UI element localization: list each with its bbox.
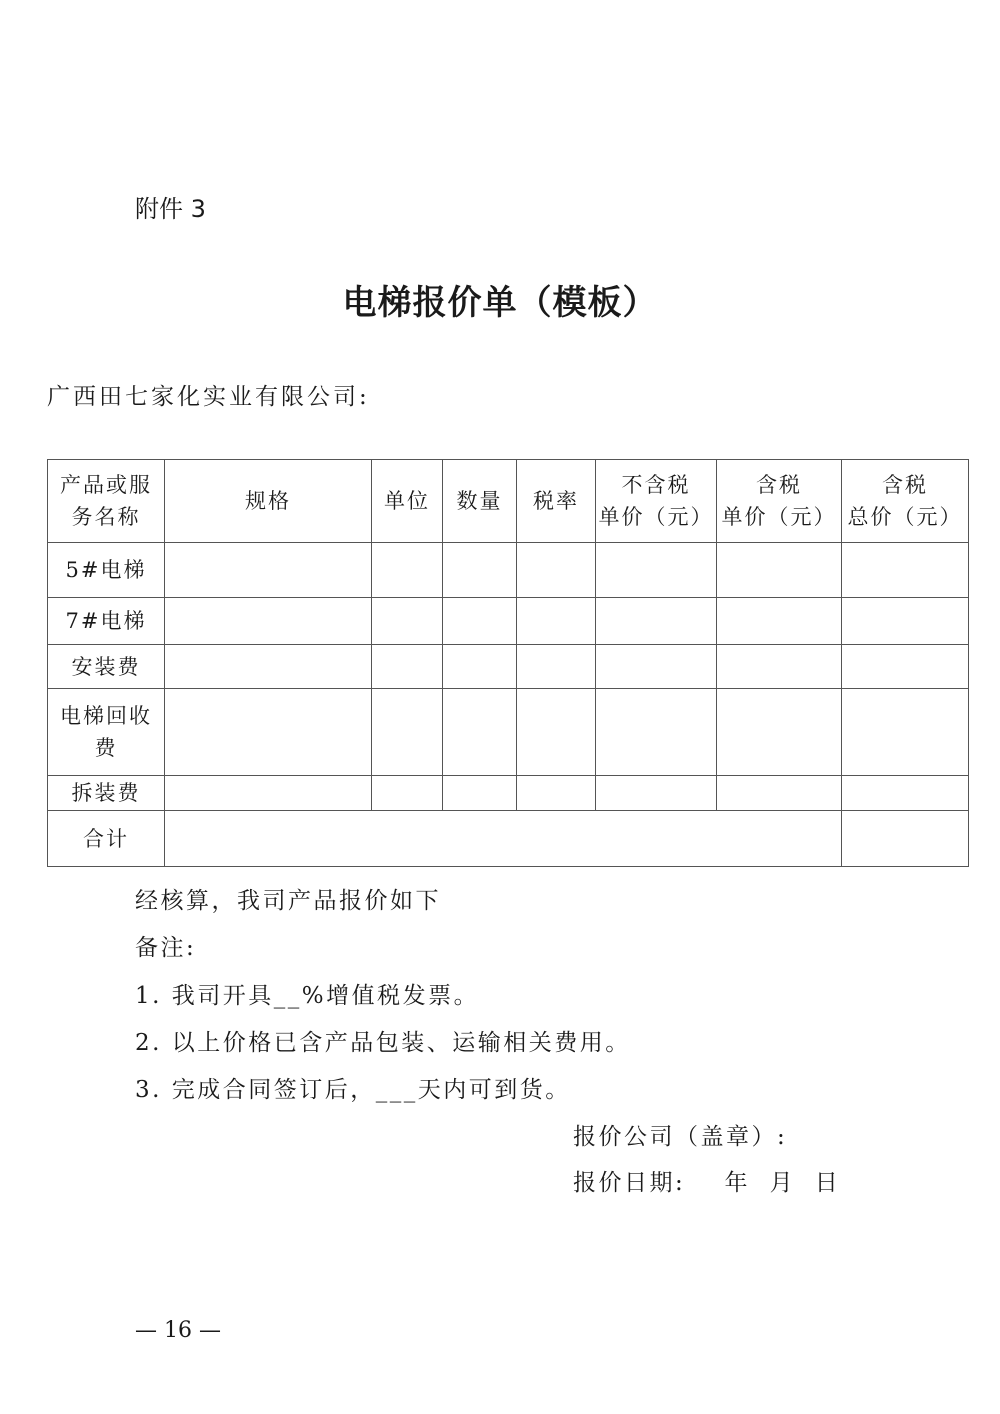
signature-company: 报价公司（盖章）:	[573, 1118, 787, 1151]
header-tax-rate: 税率	[517, 460, 596, 543]
cell-tax-rate	[517, 543, 596, 598]
cell-total-price	[842, 543, 969, 598]
cell-unit-price-incl	[717, 689, 842, 776]
cell-quantity	[443, 776, 517, 811]
header-row: 产品或服务名称 规格 单位 数量 税率 不含税单价（元） 含税单价（元） 含税总…	[48, 460, 969, 543]
cell-unit-price-excl	[596, 598, 717, 645]
total-row: 合计	[48, 811, 969, 867]
cell-unit-price-incl	[717, 776, 842, 811]
cell-unit	[372, 776, 443, 811]
note-2: 2. 以上价格已含产品包装、运输相关费用。	[135, 1024, 631, 1057]
row-name: 拆装费	[48, 776, 165, 811]
cell-total-price	[842, 776, 969, 811]
cell-spec	[165, 543, 372, 598]
total-merged-cell	[165, 811, 842, 867]
page-number: — 16 —	[135, 1318, 221, 1343]
cell-unit-price-incl	[717, 598, 842, 645]
total-value	[842, 811, 969, 867]
cell-spec	[165, 689, 372, 776]
quote-table: 产品或服务名称 规格 单位 数量 税率 不含税单价（元） 含税单价（元） 含税总…	[47, 459, 969, 867]
total-label: 合计	[48, 811, 165, 867]
cell-tax-rate	[517, 598, 596, 645]
cell-total-price	[842, 645, 969, 689]
header-quantity: 数量	[443, 460, 517, 543]
cell-unit-price-excl	[596, 689, 717, 776]
cell-unit-price-incl	[717, 543, 842, 598]
cell-tax-rate	[517, 645, 596, 689]
signature-date: 报价日期: 年 月 日	[573, 1164, 840, 1197]
cell-total-price	[842, 598, 969, 645]
table-row: 5#电梯	[48, 543, 969, 598]
page-title: 电梯报价单（模板）	[0, 275, 1000, 324]
notes-label: 备注:	[135, 929, 196, 962]
cell-quantity	[443, 689, 517, 776]
header-unit-price-excl-tax: 不含税单价（元）	[596, 460, 717, 543]
cell-unit-price-excl	[596, 543, 717, 598]
cell-unit	[372, 645, 443, 689]
row-name: 5#电梯	[48, 543, 165, 598]
addressee: 广西田七家化实业有限公司:	[47, 378, 370, 411]
cell-unit	[372, 543, 443, 598]
header-spec: 规格	[165, 460, 372, 543]
cell-quantity	[443, 645, 517, 689]
cell-unit	[372, 598, 443, 645]
cell-total-price	[842, 689, 969, 776]
cell-unit-price-incl	[717, 645, 842, 689]
cell-spec	[165, 645, 372, 689]
header-unit: 单位	[372, 460, 443, 543]
note-3: 3. 完成合同签订后，___天内可到货。	[135, 1071, 571, 1104]
attachment-label: 附件 3	[135, 189, 206, 224]
cell-spec	[165, 598, 372, 645]
table-row: 7#电梯	[48, 598, 969, 645]
table-row: 拆装费	[48, 776, 969, 811]
statement: 经核算，我司产品报价如下	[135, 882, 441, 915]
table-row: 安装费	[48, 645, 969, 689]
cell-quantity	[443, 543, 517, 598]
row-name: 安装费	[48, 645, 165, 689]
cell-quantity	[443, 598, 517, 645]
header-product-name: 产品或服务名称	[48, 460, 165, 543]
header-unit-price-incl-tax: 含税单价（元）	[717, 460, 842, 543]
note-1: 1. 我司开具__%增值税发票。	[135, 977, 479, 1010]
cell-unit	[372, 689, 443, 776]
cell-tax-rate	[517, 776, 596, 811]
cell-unit-price-excl	[596, 776, 717, 811]
cell-unit-price-excl	[596, 645, 717, 689]
row-name: 7#电梯	[48, 598, 165, 645]
cell-spec	[165, 776, 372, 811]
header-total-price-incl-tax: 含税总价（元）	[842, 460, 969, 543]
table-row: 电梯回收费	[48, 689, 969, 776]
row-name: 电梯回收费	[48, 689, 165, 776]
cell-tax-rate	[517, 689, 596, 776]
